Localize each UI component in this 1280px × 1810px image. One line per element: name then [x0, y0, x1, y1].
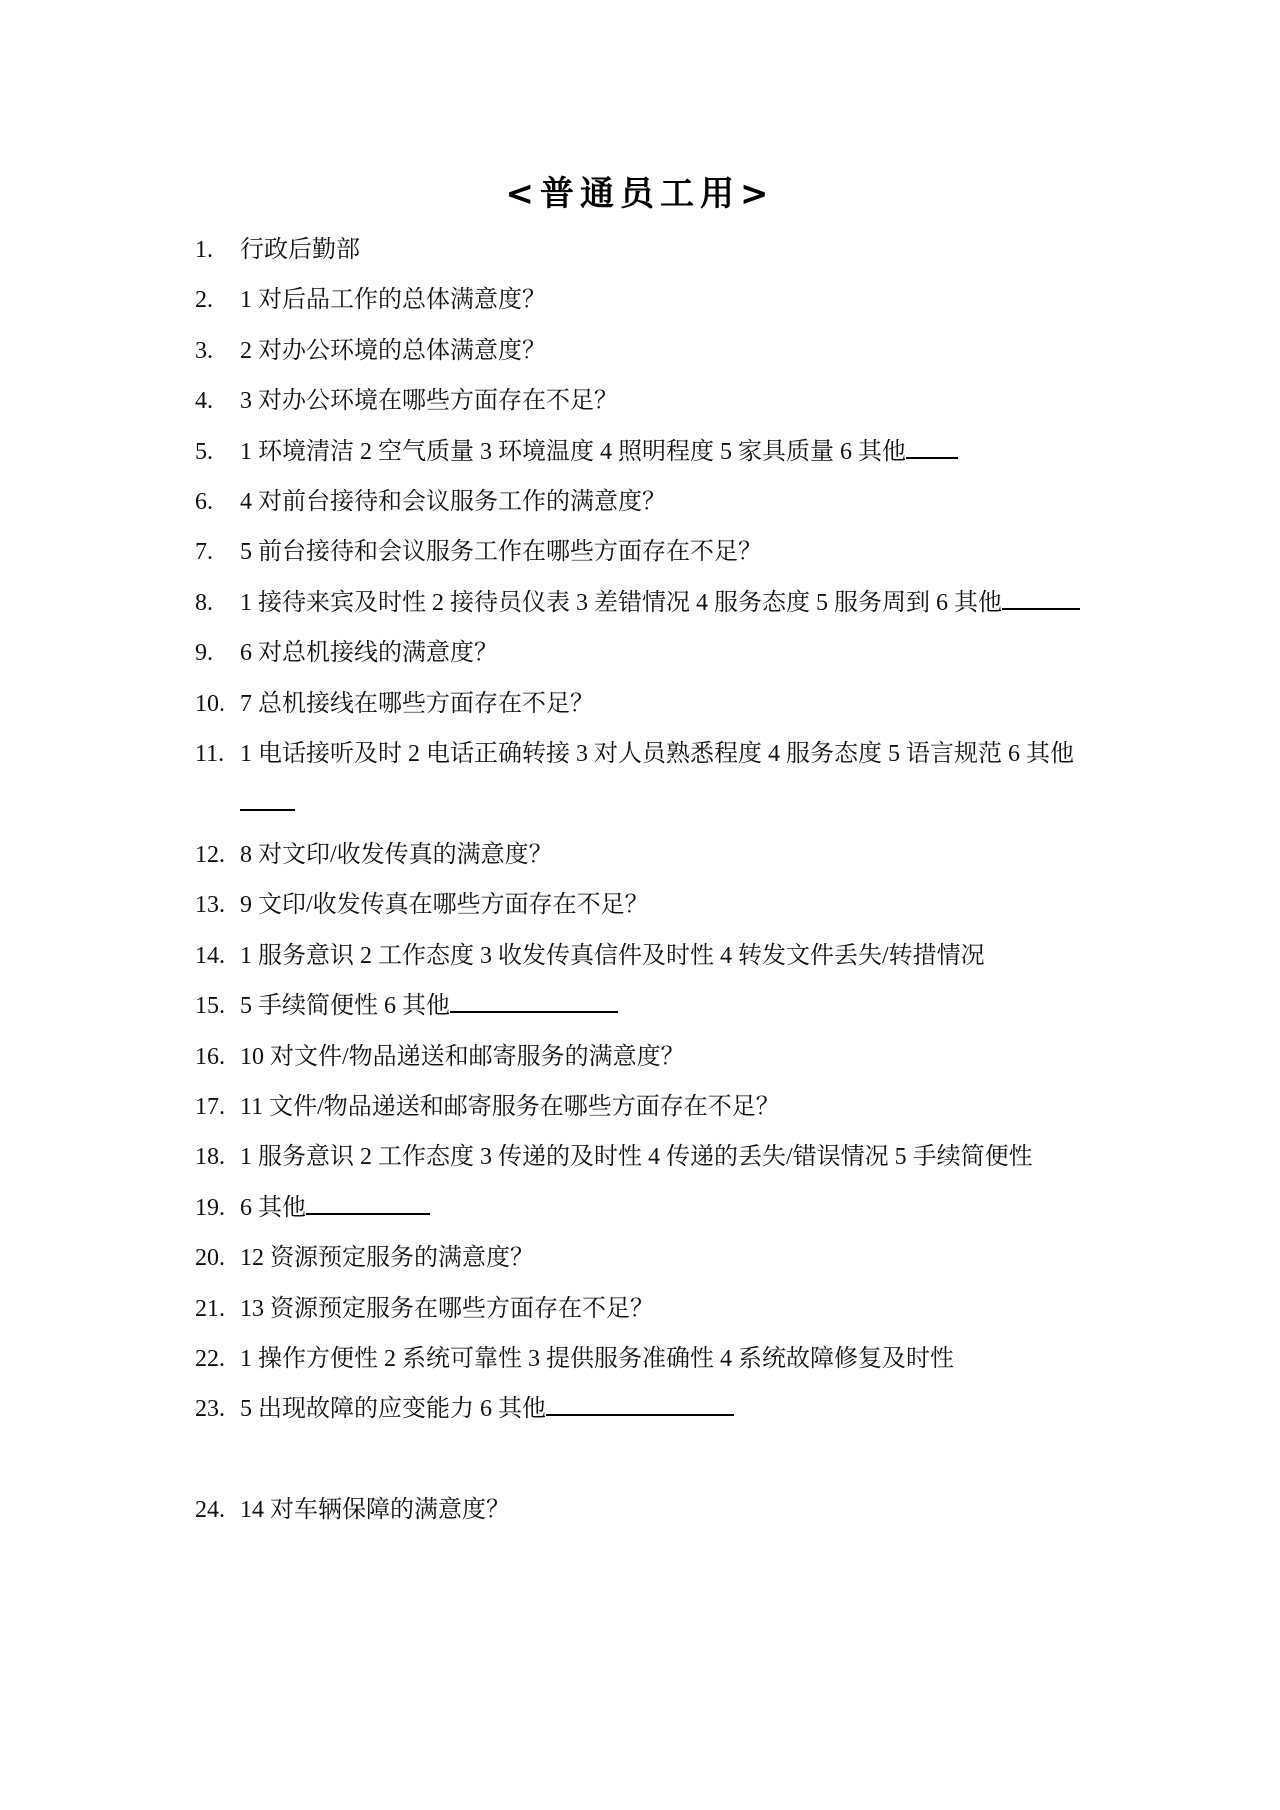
item-number: 19.	[195, 1183, 240, 1233]
list-item: 17. 11 文件/物品递送和邮寄服务在哪些方面存在不足？	[195, 1082, 1115, 1132]
item-number: 14.	[195, 931, 240, 981]
item-text: 2 对办公环境的总体满意度？	[240, 326, 1115, 376]
list-item: 4. 3 对办公环境在哪些方面存在不足？	[195, 376, 1115, 426]
item-number: 24.	[195, 1485, 240, 1535]
fill-in-blank[interactable]	[1002, 586, 1080, 610]
item-number: 6.	[195, 477, 240, 527]
item-text: 13 资源预定服务在哪些方面存在不足？	[240, 1284, 1115, 1334]
list-item: 21. 13 资源预定服务在哪些方面存在不足？	[195, 1284, 1115, 1334]
item-label: 6 其他	[240, 1195, 306, 1221]
item-number: 3.	[195, 326, 240, 376]
item-label: 1 环境清洁 2 空气质量 3 环境温度 4 照明程度 5 家具质量 6 其他	[240, 439, 906, 465]
list-item: 13. 9 文印/收发传真在哪些方面存在不足？	[195, 880, 1115, 930]
item-number: 9.	[195, 628, 240, 678]
list-item: 11. 1 电话接听及时 2 电话正确转接 3 对人员熟悉程度 4 服务态度 5…	[195, 729, 1115, 830]
list-item: 24. 14 对车辆保障的满意度？	[195, 1485, 1115, 1535]
item-text: 1 服务意识 2 工作态度 3 收发传真信件及时性 4 转发文件丢失/转措情况	[240, 931, 1115, 981]
item-number: 13.	[195, 880, 240, 930]
item-text: 1 电话接听及时 2 电话正确转接 3 对人员熟悉程度 4 服务态度 5 语言规…	[240, 729, 1115, 830]
item-label: 5 前台接待和会议服务工作在哪些方面存在不足？	[240, 539, 762, 565]
item-text: 5 出现故障的应变能力 6 其他	[240, 1384, 1115, 1434]
list-item: 23. 5 出现故障的应变能力 6 其他	[195, 1384, 1115, 1434]
item-label: 5 出现故障的应变能力 6 其他	[240, 1396, 546, 1422]
item-label: 7 总机接线在哪些方面存在不足？	[240, 691, 594, 717]
item-number: 11.	[195, 729, 240, 779]
item-label: 行政后勤部	[240, 237, 360, 263]
list-item: 1. 行政后勤部	[195, 225, 1115, 275]
item-label: 13 资源预定服务在哪些方面存在不足？	[240, 1296, 654, 1322]
item-text: 1 接待来宾及时性 2 接待员仪表 3 差错情况 4 服务态度 5 服务周到 6…	[240, 578, 1115, 628]
item-label: 8 对文印/收发传真的满意度？	[240, 842, 553, 868]
item-text: 1 环境清洁 2 空气质量 3 环境温度 4 照明程度 5 家具质量 6 其他	[240, 427, 1115, 477]
item-text: 5 手续简便性 6 其他	[240, 981, 1115, 1031]
item-number: 4.	[195, 376, 240, 426]
fill-in-blank[interactable]	[546, 1392, 734, 1416]
item-text: 4 对前台接待和会议服务工作的满意度？	[240, 477, 1115, 527]
list-item: 18. 1 服务意识 2 工作态度 3 传递的及时性 4 传递的丢失/错误情况 …	[195, 1132, 1115, 1182]
list-item: 12. 8 对文印/收发传真的满意度？	[195, 830, 1115, 880]
list-item: 8. 1 接待来宾及时性 2 接待员仪表 3 差错情况 4 服务态度 5 服务周…	[195, 578, 1115, 628]
item-number: 18.	[195, 1132, 240, 1182]
list-item: 7. 5 前台接待和会议服务工作在哪些方面存在不足？	[195, 527, 1115, 577]
question-list: 1. 行政后勤部 2. 1 对后品工作的总体满意度？ 3. 2 对办公环境的总体…	[195, 225, 1115, 1535]
item-number: 8.	[195, 578, 240, 628]
item-text: 3 对办公环境在哪些方面存在不足？	[240, 376, 1115, 426]
document-title: <普通员工用>	[0, 166, 1280, 215]
list-item: 5. 1 环境清洁 2 空气质量 3 环境温度 4 照明程度 5 家具质量 6 …	[195, 427, 1115, 477]
item-text: 14 对车辆保障的满意度？	[240, 1485, 1115, 1535]
item-number: 23.	[195, 1384, 240, 1434]
item-text: 9 文印/收发传真在哪些方面存在不足？	[240, 880, 1115, 930]
item-label: 10 对文件/物品递送和邮寄服务的满意度？	[240, 1044, 685, 1070]
item-text: 5 前台接待和会议服务工作在哪些方面存在不足？	[240, 527, 1115, 577]
item-text: 12 资源预定服务的满意度？	[240, 1233, 1115, 1283]
item-label: 1 服务意识 2 工作态度 3 收发传真信件及时性 4 转发文件丢失/转措情况	[240, 943, 985, 969]
list-item: 6. 4 对前台接待和会议服务工作的满意度？	[195, 477, 1115, 527]
document-page: <普通员工用> 1. 行政后勤部 2. 1 对后品工作的总体满意度？ 3. 2 …	[0, 0, 1280, 1810]
item-number: 10.	[195, 679, 240, 729]
item-label: 1 电话接听及时 2 电话正确转接 3 对人员熟悉程度 4 服务态度 5 语言规…	[240, 741, 1074, 767]
item-label: 5 手续简便性 6 其他	[240, 993, 450, 1019]
item-number: 12.	[195, 830, 240, 880]
list-item: 2. 1 对后品工作的总体满意度？	[195, 275, 1115, 325]
item-number: 7.	[195, 527, 240, 577]
item-text: 6 对总机接线的满意度？	[240, 628, 1115, 678]
list-item: 20. 12 资源预定服务的满意度？	[195, 1233, 1115, 1283]
item-label: 1 对后品工作的总体满意度？	[240, 287, 546, 313]
list-item: 14. 1 服务意识 2 工作态度 3 收发传真信件及时性 4 转发文件丢失/转…	[195, 931, 1115, 981]
item-number: 15.	[195, 981, 240, 1031]
fill-in-blank[interactable]	[906, 435, 958, 459]
item-label: 1 操作方便性 2 系统可靠性 3 提供服务准确性 4 系统故障修复及时性	[240, 1346, 954, 1372]
item-number: 21.	[195, 1284, 240, 1334]
item-label: 3 对办公环境在哪些方面存在不足？	[240, 388, 618, 414]
list-item: 19. 6 其他	[195, 1183, 1115, 1233]
item-number: 1.	[195, 225, 240, 275]
item-number: 2.	[195, 275, 240, 325]
item-label: 14 对车辆保障的满意度？	[240, 1497, 510, 1523]
item-text: 10 对文件/物品递送和邮寄服务的满意度？	[240, 1032, 1115, 1082]
item-number: 5.	[195, 427, 240, 477]
item-label: 1 服务意识 2 工作态度 3 传递的及时性 4 传递的丢失/错误情况 5 手续…	[240, 1144, 1033, 1170]
blank-spacer	[195, 1435, 1115, 1485]
item-text: 行政后勤部	[240, 225, 1115, 275]
item-number: 20.	[195, 1233, 240, 1283]
list-item: 9. 6 对总机接线的满意度？	[195, 628, 1115, 678]
item-label: 1 接待来宾及时性 2 接待员仪表 3 差错情况 4 服务态度 5 服务周到 6…	[240, 590, 1002, 616]
item-number: 17.	[195, 1082, 240, 1132]
item-label: 2 对办公环境的总体满意度？	[240, 338, 546, 364]
list-item: 22. 1 操作方便性 2 系统可靠性 3 提供服务准确性 4 系统故障修复及时…	[195, 1334, 1115, 1384]
item-label: 9 文印/收发传真在哪些方面存在不足？	[240, 892, 649, 918]
item-text: 1 服务意识 2 工作态度 3 传递的及时性 4 传递的丢失/错误情况 5 手续…	[240, 1132, 1115, 1182]
list-item: 3. 2 对办公环境的总体满意度？	[195, 326, 1115, 376]
item-label: 12 资源预定服务的满意度？	[240, 1245, 534, 1271]
fill-in-blank[interactable]	[450, 989, 618, 1013]
item-text: 8 对文印/收发传真的满意度？	[240, 830, 1115, 880]
item-label: 6 对总机接线的满意度？	[240, 640, 498, 666]
item-number: 22.	[195, 1334, 240, 1384]
fill-in-blank[interactable]	[240, 787, 295, 811]
item-text: 7 总机接线在哪些方面存在不足？	[240, 679, 1115, 729]
item-text: 6 其他	[240, 1183, 1115, 1233]
list-item: 15. 5 手续简便性 6 其他	[195, 981, 1115, 1031]
list-item: 10. 7 总机接线在哪些方面存在不足？	[195, 679, 1115, 729]
item-text: 1 对后品工作的总体满意度？	[240, 275, 1115, 325]
item-label: 4 对前台接待和会议服务工作的满意度？	[240, 489, 666, 515]
fill-in-blank[interactable]	[306, 1191, 430, 1215]
item-label: 11 文件/物品递送和邮寄服务在哪些方面存在不足？	[240, 1094, 780, 1120]
item-text: 11 文件/物品递送和邮寄服务在哪些方面存在不足？	[240, 1082, 1115, 1132]
item-number: 16.	[195, 1032, 240, 1082]
item-text: 1 操作方便性 2 系统可靠性 3 提供服务准确性 4 系统故障修复及时性	[240, 1334, 1115, 1384]
list-item: 16. 10 对文件/物品递送和邮寄服务的满意度？	[195, 1032, 1115, 1082]
